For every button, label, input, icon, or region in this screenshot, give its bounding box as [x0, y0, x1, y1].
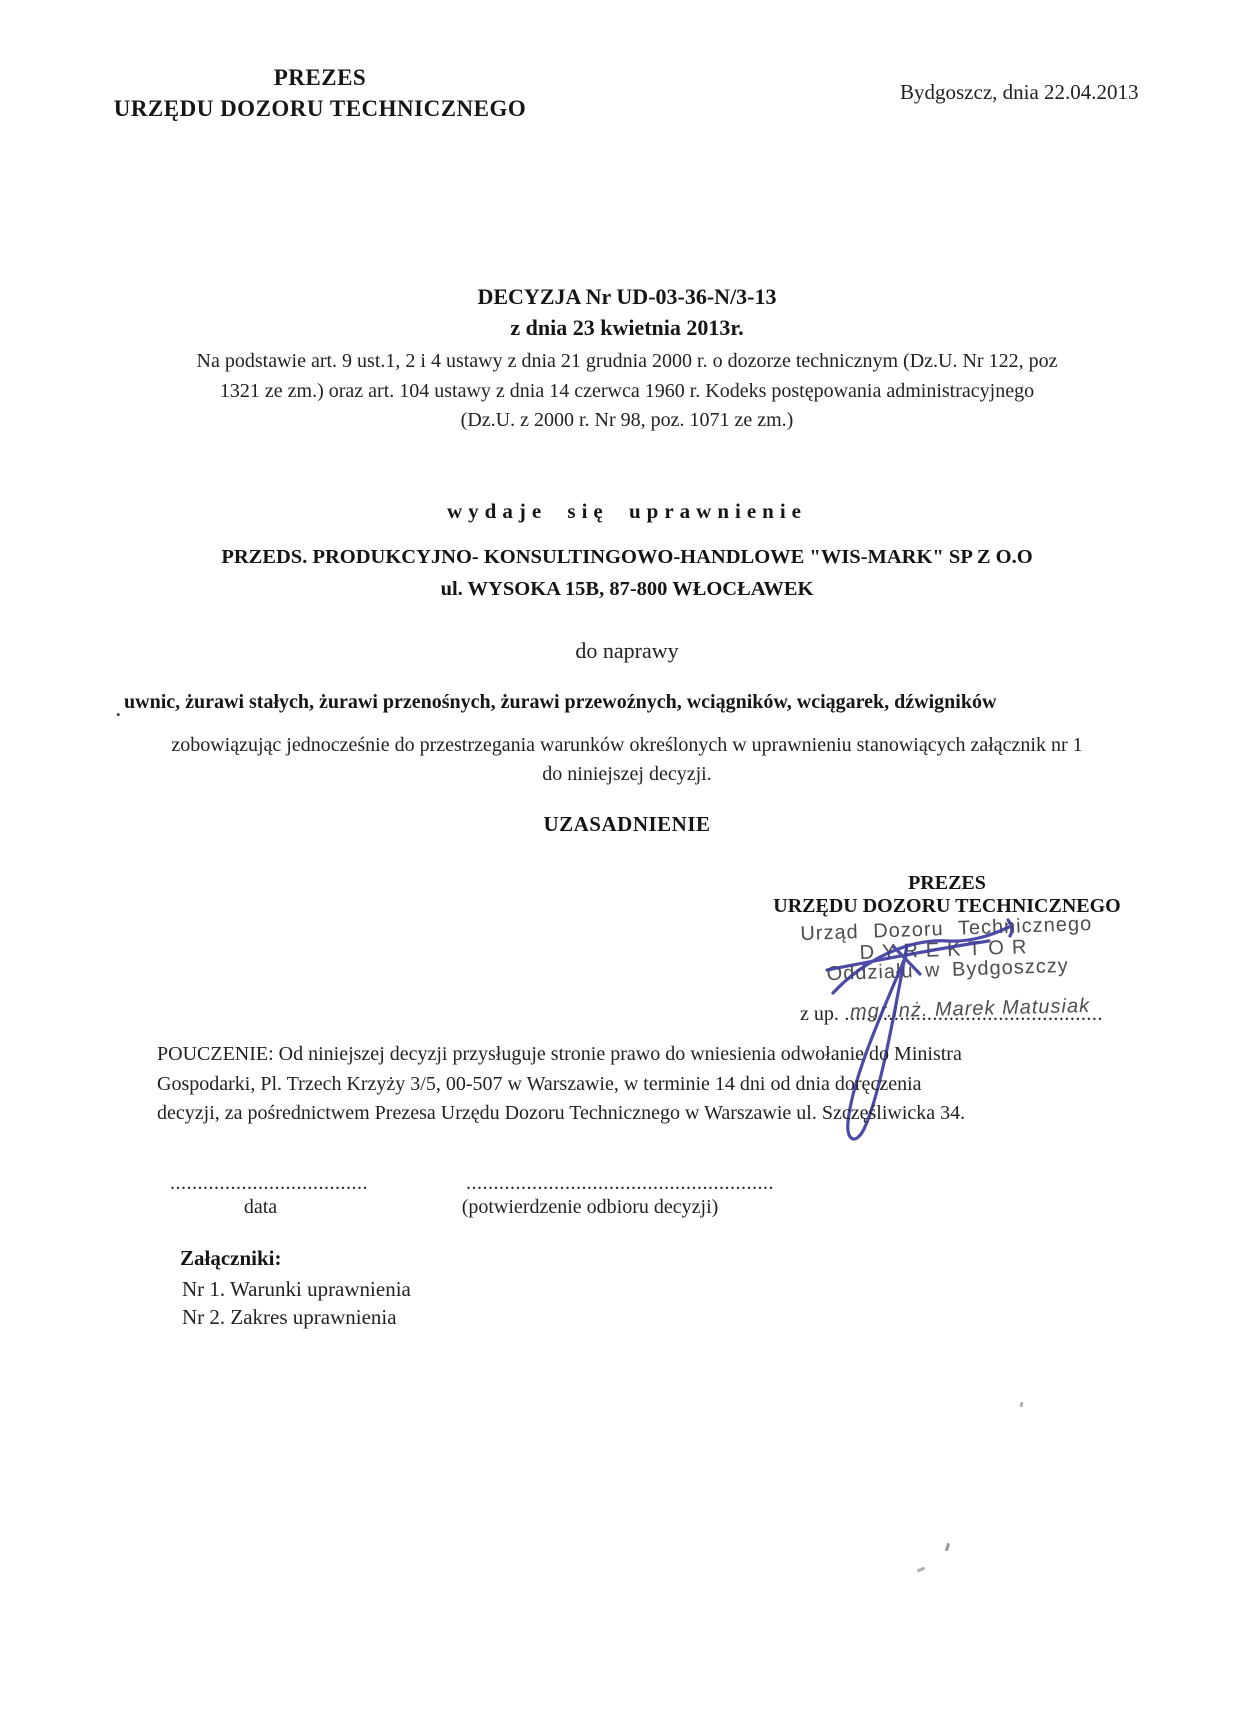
- obligation-line: zobowiązując jednocześnie do przestrzega…: [112, 731, 1142, 760]
- date-label: data: [170, 1196, 351, 1219]
- document-page: PREZES URZĘDU DOZORU TECHNICZNEGO Bydgos…: [0, 0, 1254, 1721]
- obligation-line: do niniejszej decyzji.: [112, 760, 1142, 789]
- signature-org-line1: PREZES: [740, 872, 1154, 895]
- signature-org: PREZES URZĘDU DOZORU TECHNICZNEGO: [740, 872, 1154, 918]
- attachments-heading: Załączniki:: [180, 1246, 282, 1271]
- place-and-date: Bydgoszcz, dnia 22.04.2013: [900, 80, 1139, 105]
- grant-phrase: wydaje się uprawnienie: [0, 499, 1254, 524]
- confirmation-label: (potwierdzenie odbioru decyzji): [430, 1196, 750, 1219]
- scan-speck: [945, 1543, 950, 1552]
- scan-artifact-dot: .: [116, 700, 121, 721]
- scan-speck: [917, 1567, 926, 1573]
- scan-speck: [1020, 1402, 1024, 1408]
- confirmation-dotted-line: ........................................…: [466, 1172, 774, 1195]
- appeal-instruction-paragraph: POUCZENIE: Od niniejszej decyzji przysłu…: [157, 1040, 1117, 1129]
- legal-basis-line: (Dz.U. z 2000 r. Nr 98, poz. 1071 ze zm.…: [112, 406, 1142, 436]
- attachment-item: Nr 2. Zakres uprawnienia: [182, 1305, 397, 1330]
- recipient-name: PRZEDS. PRODUKCYJNO- KONSULTINGOWO-HANDL…: [0, 546, 1254, 569]
- letterhead-org-line2: URZĘDU DOZORU TECHNICZNEGO: [58, 93, 582, 124]
- attachment-item: Nr 1. Warunki uprawnienia: [182, 1277, 411, 1302]
- letterhead-org: PREZES URZĘDU DOZORU TECHNICZNEGO: [58, 62, 582, 124]
- authorization-line: z up. ..................................…: [800, 1003, 1103, 1026]
- legal-basis-paragraph: Na podstawie art. 9 ust.1, 2 i 4 ustawy …: [112, 347, 1142, 436]
- letterhead-org-line1: PREZES: [58, 62, 582, 93]
- legal-basis-line: 1321 ze zm.) oraz art. 104 ustawy z dnia…: [112, 377, 1142, 407]
- office-stamp: Urząd Dozoru Technicznego DYREKTOR Oddzi…: [739, 913, 1155, 987]
- appeal-instruction-line: Gospodarki, Pl. Trzech Krzyży 3/5, 00-50…: [157, 1070, 1117, 1100]
- date-dotted-line: ....................................: [170, 1172, 368, 1195]
- obligation-paragraph: zobowiązując jednocześnie do przestrzega…: [112, 731, 1142, 789]
- decision-subtitle: z dnia 23 kwietnia 2013r.: [0, 315, 1254, 341]
- decision-title: DECYZJA Nr UD-03-36-N/3-13: [0, 284, 1254, 310]
- appeal-instruction-line: POUCZENIE: Od niniejszej decyzji przysłu…: [157, 1040, 1117, 1070]
- recipient-address: ul. WYSOKA 15B, 87-800 WŁOCŁAWEK: [0, 578, 1254, 601]
- equipment-list: uwnic, żurawi stałych, żurawi przenośnyc…: [124, 691, 1254, 714]
- appeal-instruction-line: decyzji, za pośrednictwem Prezesa Urzędu…: [157, 1099, 1117, 1129]
- authorization-prefix: z up.: [800, 1003, 839, 1025]
- scope-action: do naprawy: [0, 638, 1254, 664]
- legal-basis-line: Na podstawie art. 9 ust.1, 2 i 4 ustawy …: [112, 347, 1142, 377]
- justification-heading: UZASADNIENIE: [0, 812, 1254, 837]
